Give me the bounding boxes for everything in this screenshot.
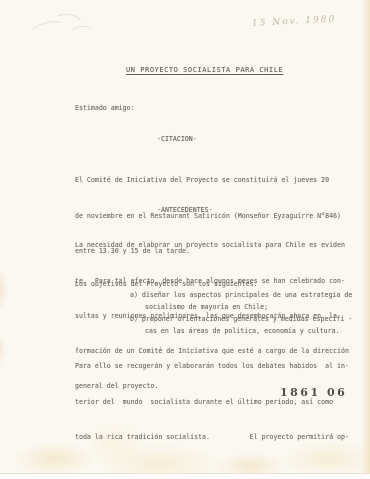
paper-stain-right-edge <box>361 0 370 479</box>
antecedentes-heading: -ANTECEDENTES- <box>157 205 213 217</box>
text-line: La necesidad de elaborar un proyecto soc… <box>75 240 349 252</box>
scan-edge-bottom <box>0 473 370 479</box>
pencil-smudge <box>30 12 100 46</box>
objective-a-line: a) diseñar los aspectos principales de u… <box>130 290 352 302</box>
handwritten-date-note: 15 Nov. 1980 <box>252 13 362 29</box>
objective-b-line: b) proponer orientaciones generales y me… <box>130 314 352 326</box>
citacion-heading: -CITACION- <box>157 134 197 146</box>
paper-stain-left-edge <box>0 250 12 380</box>
objectives-intro-line: Los objetivos del Proyecto son los sigui… <box>75 279 258 291</box>
archive-number-stamp: 1861 06 <box>280 386 347 399</box>
text-line: toda la rica tradición socialista. El pr… <box>75 432 349 444</box>
text-line: Para ello se recogerán y elaborarán todo… <box>75 361 349 373</box>
objective-a-line: socialismo de mayoría en Chile; <box>145 302 268 314</box>
salutation-line: Estimado amigo: <box>75 103 135 115</box>
text-line: El Comité de Iniciativa del Proyecto se … <box>75 175 341 187</box>
closing-paragraph: Para ello se recogerán y elaborarán todo… <box>75 338 349 467</box>
document-title: UN PROYECTO SOCIALISTA PARA CHILE <box>126 65 283 77</box>
objective-b-line: cas en las áreas de política, economía y… <box>145 326 340 338</box>
scanned-letter-page: 15 Nov. 1980 UN PROYECTO SOCIALISTA PARA… <box>0 0 370 479</box>
